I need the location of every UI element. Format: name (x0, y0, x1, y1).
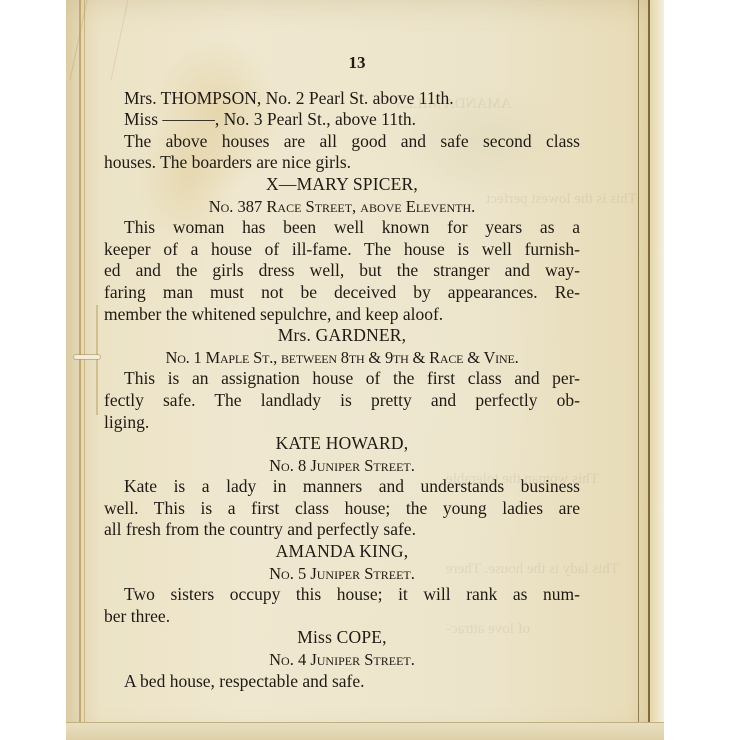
entry-address: No. 8 Juniper Street. (104, 455, 580, 477)
paragraph-line: keeper of a house of ill-fame. The house… (104, 239, 580, 261)
paragraph-line: member the whitened sepulchre, and keep … (104, 304, 580, 326)
paragraph: This is an assignation house of the firs… (104, 368, 580, 433)
paragraph-line: Two sisters occupy this house; it will r… (104, 584, 580, 606)
entry-name: X—MARY SPICER, (104, 174, 580, 196)
entry-address: No. 5 Juniper Street. (104, 563, 580, 585)
entry-line: Mrs. THOMPSON, No. 2 Pearl St. above 11t… (104, 88, 580, 110)
paragraph-line: The above houses are all good and safe s… (104, 131, 580, 153)
paragraph: This woman has been well known for years… (104, 217, 580, 325)
binding-edge-line-inner (84, 0, 85, 740)
entry-line: Miss ———, No. 3 Pearl St., above 11th. (104, 109, 580, 131)
paragraph-line: This woman has been well known for years… (104, 217, 580, 239)
paragraph-line: Kate is a lady in manners and understand… (104, 476, 580, 498)
paragraph-line: fectly safe. The landlady is pretty and … (104, 390, 580, 412)
page-number: 13 (134, 52, 580, 74)
paragraph-line: faring man must not be deceived by appea… (104, 282, 580, 304)
paragraph: Two sisters occupy this house; it will r… (104, 584, 580, 627)
paragraph-line: ed and the girls dress well, but the str… (104, 260, 580, 282)
paragraph-line: well. This is a first class house; the y… (104, 498, 580, 520)
paragraph-line: This is an assignation house of the firs… (104, 368, 580, 390)
page-text: 13 Mrs. THOMPSON, No. 2 Pearl St. above … (104, 52, 580, 692)
binding-edge-line (79, 0, 81, 740)
paragraph: A bed house, respectable and safe. (104, 671, 580, 693)
bottom-page-edge (66, 722, 664, 740)
paragraph: Kate is a lady in manners and understand… (104, 476, 580, 541)
document-canvas: AMANDA MILLS This is the lowest perfect … (0, 0, 740, 740)
paragraph-line: A bed house, respectable and safe. (104, 671, 580, 693)
entry-name: AMANDA KING, (104, 541, 580, 563)
paragraph-line: ber three. (104, 606, 580, 628)
entry-name: Mrs. GARDNER, (104, 325, 580, 347)
entry-address: No. 4 Juniper Street. (104, 649, 580, 671)
entry-address: No. 387 Race Street, above Eleventh. (104, 196, 580, 218)
binding-stitch (74, 355, 100, 359)
entry-address: No. 1 Maple St., between 8th & 9th & Rac… (104, 347, 580, 369)
right-page-edge-line (638, 0, 639, 740)
entry-name: KATE HOWARD, (104, 433, 580, 455)
binding-thread (96, 305, 98, 415)
paragraph-line: all fresh from the country and perfectly… (104, 519, 580, 541)
paragraph: The above houses are all good and safe s… (104, 131, 580, 174)
paragraph-line: houses. The boarders are nice girls. (104, 152, 580, 174)
paragraph-line: liging. (104, 412, 580, 434)
entry-name: Miss COPE, (104, 627, 580, 649)
right-page-edge-strip (650, 0, 664, 740)
